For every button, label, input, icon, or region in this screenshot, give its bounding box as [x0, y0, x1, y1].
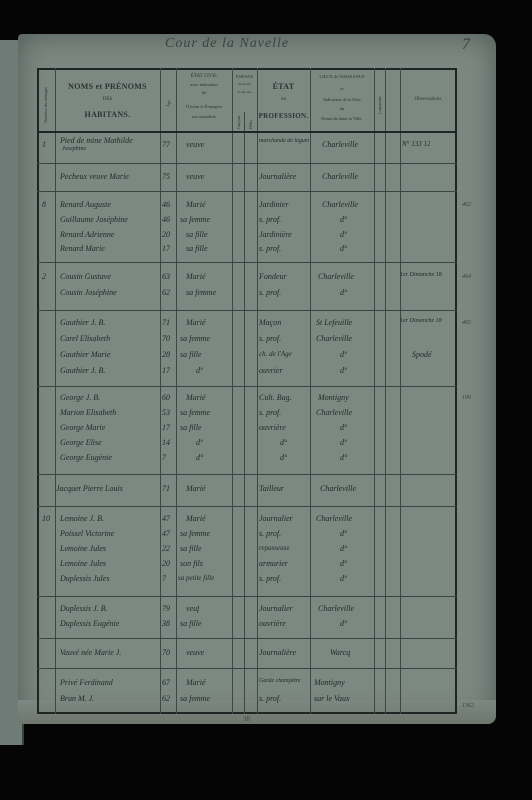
- resident-age: 38: [162, 619, 170, 628]
- resident-birthplace: d°: [340, 350, 347, 359]
- margin-annotation: 464: [462, 274, 471, 280]
- header-names-1: NOMS et PRÉNOMS: [55, 82, 160, 92]
- resident-etat-civil: Marié: [186, 200, 206, 209]
- header-enfants-3: de dix ans: [232, 90, 257, 94]
- header-lieu-5: Domicile dans la Ville.: [310, 116, 374, 122]
- resident-etat-civil: sa femme: [186, 288, 216, 297]
- row-rule: [37, 474, 457, 475]
- header-enfants-1: ENFANS: [232, 74, 257, 80]
- resident-birthplace: d°: [340, 559, 347, 568]
- resident-birthplace: Charleville: [318, 272, 354, 281]
- resident-age: 60: [162, 393, 170, 402]
- resident-age: 71: [162, 484, 170, 493]
- resident-profession: s. prof.: [259, 244, 309, 253]
- resident-etat-civil: Marié: [186, 272, 206, 281]
- margin-annotation: 462: [462, 202, 471, 208]
- resident-name-2: Josephine: [62, 146, 160, 152]
- resident-etat-civil: veuve: [186, 172, 204, 181]
- col-rule-age: [176, 68, 177, 714]
- col-rule-enfants: [257, 68, 258, 714]
- row-rule: [37, 262, 457, 263]
- header-enfants-boys: Garçons: [236, 113, 241, 129]
- resident-birthplace: d°: [340, 230, 347, 239]
- resident-etat-civil: sa fille: [186, 230, 208, 239]
- resident-profession: s. prof.: [259, 529, 309, 538]
- resident-age: 62: [162, 288, 170, 297]
- header-lieu-2: et: [310, 86, 374, 92]
- resident-etat-civil: sa femme: [180, 694, 210, 703]
- resident-profession: ouvrière: [259, 423, 309, 432]
- resident-name: Pecheux veuve Marie: [60, 172, 160, 181]
- resident-age: 47: [162, 514, 170, 523]
- resident-etat-civil: Marié: [186, 514, 206, 523]
- header-lieu-4: du: [310, 106, 374, 112]
- resident-etat-civil: Marié: [186, 393, 206, 402]
- row-rule: [37, 506, 457, 507]
- resident-age: 20: [162, 559, 170, 568]
- page-title: Cour de la Navelle: [165, 36, 289, 52]
- header-bottom-rule: [37, 131, 457, 133]
- resident-birthplace: d°: [340, 529, 347, 538]
- resident-profession: Cult. Bag.: [259, 393, 309, 402]
- resident-age: 79: [162, 604, 170, 613]
- folio-number: 7: [462, 36, 470, 54]
- header-enfants-girls: Filles: [248, 113, 253, 129]
- col-rule-lieu: [374, 68, 375, 714]
- resident-observation: 1er Dimanche 18: [400, 318, 456, 324]
- header-etat-civil-4: l'Union et Étrangers: [176, 104, 232, 110]
- resident-birthplace: d°: [340, 366, 347, 375]
- resident-profession: repasseuse: [259, 544, 309, 552]
- resident-birthplace: d°: [340, 544, 347, 553]
- resident-name: George Eugénie: [60, 453, 158, 462]
- resident-birthplace: d°: [340, 423, 347, 432]
- header-lieu-1: LIEUX de NAISSANCE: [310, 74, 374, 80]
- resident-name: Vauvé née Marie J.: [60, 648, 160, 657]
- row-rule: [37, 596, 457, 597]
- resident-profession: s. prof.: [259, 574, 309, 583]
- resident-birthplace: Warcq: [330, 648, 350, 657]
- resident-birthplace: Charleville: [318, 604, 354, 613]
- resident-etat-civil: sa femme: [180, 215, 210, 224]
- col-rule-profession: [310, 68, 311, 714]
- header-names-2: DES: [55, 97, 160, 103]
- menage-number: 1: [42, 140, 46, 149]
- resident-name: Brun M. J.: [60, 694, 158, 703]
- resident-name: Lemoine Jules: [60, 559, 158, 568]
- resident-birthplace: Charleville: [322, 200, 358, 209]
- resident-etat-civil: veuf: [186, 604, 199, 613]
- resident-age: 17: [162, 244, 170, 253]
- resident-etat-civil: sa petite fille: [178, 574, 232, 582]
- resident-profession: Journalier: [259, 604, 309, 613]
- col-rule-enfants-split: [244, 112, 245, 714]
- resident-age: 7: [162, 574, 166, 583]
- col-rule-menage: [55, 68, 56, 714]
- resident-etat-civil: sa femme: [180, 529, 210, 538]
- resident-etat-civil: veuve: [186, 648, 204, 657]
- resident-age: 17: [162, 423, 170, 432]
- resident-profession: s. prof.: [259, 408, 309, 417]
- resident-age: 71: [162, 318, 170, 327]
- resident-profession: Tailleur: [259, 484, 309, 493]
- resident-etat-civil: Marié: [186, 678, 206, 687]
- resident-profession: ouvrier: [259, 366, 309, 375]
- resident-name: Privé Ferdinand: [60, 678, 158, 687]
- resident-birthplace: Montigny: [314, 678, 345, 687]
- header-etat-civil-1: ÉTAT CIVIL: [176, 74, 232, 80]
- resident-etat-civil: sa femme: [180, 334, 210, 343]
- resident-etat-civil: Marié: [186, 484, 206, 493]
- resident-etat-civil: d°: [196, 453, 203, 462]
- resident-age: 63: [162, 272, 170, 281]
- resident-profession: s. prof.: [259, 694, 309, 703]
- resident-profession: marchande de légumes: [259, 138, 309, 144]
- resident-name: Poissel Victorine: [60, 529, 158, 538]
- resident-etat-civil: Marié: [186, 318, 206, 327]
- margin-annotation: 199: [462, 395, 471, 401]
- resident-name: Renard Auguste: [60, 200, 158, 209]
- resident-birthplace: Charleville: [322, 172, 358, 181]
- row-rule: [37, 191, 457, 192]
- resident-age: 46: [162, 200, 170, 209]
- resident-birthplace: sur le Vaux: [314, 694, 374, 703]
- resident-etat-civil: d°: [196, 366, 203, 375]
- resident-birthplace: d°: [340, 574, 347, 583]
- resident-name: Lemoine J. B.: [60, 514, 158, 523]
- menage-number: 2: [42, 272, 46, 281]
- header-etat-civil-3: de: [176, 90, 232, 96]
- col-rule-logements: [385, 68, 386, 714]
- resident-name: Renard Adrienne: [60, 230, 158, 239]
- resident-name: Duplessis Eugénie: [60, 619, 158, 628]
- resident-observation: Spodé: [412, 350, 432, 359]
- resident-etat-civil: sa fille: [186, 244, 208, 253]
- col-rule-etat-civil: [232, 68, 233, 714]
- row-rule: [37, 638, 457, 639]
- resident-etat-civil: sa femme: [180, 408, 210, 417]
- resident-birthplace: Charleville: [320, 484, 356, 493]
- resident-etat-civil: d°: [196, 438, 203, 447]
- resident-name: Cousin Gustave: [60, 272, 158, 281]
- resident-birthplace: Montigny: [318, 393, 349, 402]
- resident-age: 14: [162, 438, 170, 447]
- resident-etat-civil: sa fille: [180, 423, 202, 432]
- header-menage: Numéros des ménages: [43, 78, 48, 123]
- resident-profession: ch. de l'Age: [259, 350, 309, 358]
- resident-name: George Elise: [60, 438, 158, 447]
- resident-name: Gauthier J. B.: [60, 366, 158, 375]
- resident-profession: Journalière: [259, 648, 309, 657]
- resident-name: Guillaume Joséphine: [60, 215, 158, 224]
- menage-number: 8: [42, 200, 46, 209]
- resident-profession: ouvrière: [259, 619, 309, 628]
- header-names-3: HABITANS.: [55, 110, 160, 120]
- resident-observation: N° 133 12: [402, 140, 430, 148]
- header-lieu-3: Indication de la Date: [310, 97, 374, 103]
- header-etat-civil-5: non naturalisés: [176, 114, 232, 119]
- header-enfants-2: de moins: [232, 82, 257, 86]
- resident-name: Jacquet Pierre Louis: [56, 484, 160, 493]
- resident-birthplace: d°: [340, 453, 347, 462]
- resident-name: Renard Marie: [60, 244, 158, 253]
- resident-profession: Maçon: [259, 318, 309, 327]
- resident-name: Marion Elisabeth: [60, 408, 158, 417]
- resident-age: 7: [162, 453, 166, 462]
- resident-age: 70: [162, 648, 170, 657]
- resident-birthplace: Charleville: [316, 334, 352, 343]
- header-etat: ÉTAT: [257, 82, 310, 92]
- resident-age: 28: [162, 350, 170, 359]
- resident-birthplace: d°: [340, 288, 347, 297]
- resident-birthplace: d°: [340, 244, 347, 253]
- resident-name: Gauthier Marie: [60, 350, 158, 359]
- resident-observation: 1er Dimanche 18: [400, 272, 456, 278]
- header-observations: Observations.: [400, 97, 457, 103]
- resident-name: Pied de mine Mathilde: [60, 136, 158, 145]
- resident-birthplace: d°: [340, 215, 347, 224]
- resident-profession: Journalière: [259, 172, 309, 181]
- resident-age: 53: [162, 408, 170, 417]
- resident-profession: s. prof.: [259, 215, 309, 224]
- page-number: 38: [243, 715, 250, 723]
- resident-age: 46: [162, 215, 170, 224]
- header-logements: Logements: [377, 84, 382, 114]
- resident-profession: Jardinière: [259, 230, 309, 239]
- header-etat-civil-2: avec indication: [176, 82, 232, 88]
- resident-etat-civil: sa fille: [180, 350, 202, 359]
- resident-name: Gauthier J. B.: [60, 318, 158, 327]
- census-table: [37, 68, 457, 714]
- resident-etat-civil: veuve: [186, 140, 204, 149]
- col-rule-extra: [400, 68, 401, 714]
- resident-age: 75: [162, 172, 170, 181]
- resident-birthplace: Charleville: [322, 140, 358, 149]
- resident-etat-civil: son fils: [180, 559, 203, 568]
- resident-age: 20: [162, 230, 170, 239]
- resident-profession: Garde champêtre: [259, 678, 309, 684]
- resident-profession: Fondeur: [259, 272, 309, 281]
- menage-number: 10: [42, 514, 50, 523]
- resident-name: Carel Elisabeth: [60, 334, 158, 343]
- resident-etat-civil: sa fille: [180, 544, 202, 553]
- row-rule: [37, 163, 457, 164]
- resident-birthplace: Charleville: [316, 514, 352, 523]
- resident-age: 67: [162, 678, 170, 687]
- resident-age: 17: [162, 366, 170, 375]
- header-profession: PROFESSION.: [257, 112, 310, 121]
- margin-annotation: 1362: [462, 703, 474, 709]
- resident-age: 22: [162, 544, 170, 553]
- resident-age: 62: [162, 694, 170, 703]
- resident-name: Duplessis Jules: [60, 574, 158, 583]
- resident-etat-civil: sa fille: [180, 619, 202, 628]
- resident-name: Duplessis J. B.: [60, 604, 158, 613]
- resident-profession: s. prof.: [259, 334, 309, 343]
- resident-name: Lemoine Jules: [60, 544, 158, 553]
- resident-profession: armurier: [259, 559, 309, 568]
- resident-birthplace: St Lefeuille: [316, 318, 352, 327]
- resident-birthplace: d°: [340, 438, 347, 447]
- row-rule: [37, 386, 457, 387]
- row-rule: [37, 668, 457, 669]
- col-rule-names: [160, 68, 161, 714]
- resident-age: 77: [162, 140, 170, 149]
- header-ou: ou: [257, 97, 310, 103]
- resident-profession: Journalier: [259, 514, 309, 523]
- margin-annotation: 465: [462, 320, 471, 326]
- resident-age: 70: [162, 334, 170, 343]
- resident-name: Cousin Joséphine: [60, 288, 158, 297]
- resident-birthplace: d°: [340, 619, 347, 628]
- resident-profession: s. prof.: [259, 288, 309, 297]
- resident-birthplace: Charleville: [316, 408, 352, 417]
- resident-name: George Marie: [60, 423, 158, 432]
- header-age: Âge: [166, 95, 171, 107]
- resident-profession: d°: [280, 438, 287, 447]
- resident-profession: d°: [280, 453, 287, 462]
- resident-age: 47: [162, 529, 170, 538]
- resident-profession: Jardinier: [259, 200, 309, 209]
- row-rule: [37, 310, 457, 311]
- resident-name: George J. B.: [60, 393, 158, 402]
